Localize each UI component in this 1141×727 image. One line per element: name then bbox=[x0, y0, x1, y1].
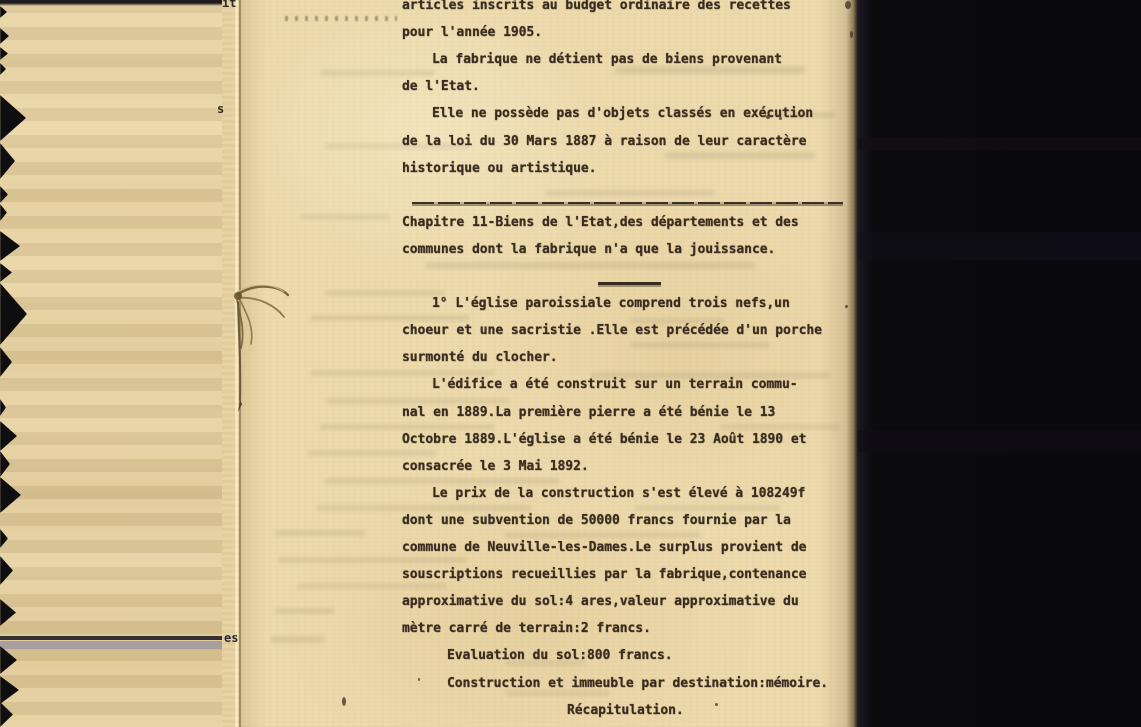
document-line: articles inscrits au budget ordinaire de… bbox=[402, 0, 791, 14]
document-line: choeur et une sacristie .Elle est précéd… bbox=[402, 323, 822, 339]
document-line: surmonté du clocher. bbox=[402, 350, 558, 366]
ink-speck bbox=[779, 117, 782, 120]
document-line: pour l'année 1905. bbox=[402, 25, 542, 41]
document-line: 1° L'église paroissiale comprend trois n… bbox=[432, 296, 790, 312]
document-line: Octobre 1889.L'église a été bénie le 23 … bbox=[402, 432, 806, 448]
separator-rule-long bbox=[412, 202, 843, 204]
document-line: de la loi du 30 Mars 1887 à raison de le… bbox=[402, 134, 806, 150]
typed-text-layer: articles inscrits au budget ordinaire de… bbox=[0, 0, 1141, 727]
ink-speck bbox=[418, 678, 420, 681]
ink-speck bbox=[715, 703, 718, 706]
document-line: communes dont la fabrique n'a que la jou… bbox=[402, 242, 775, 258]
ink-speck bbox=[604, 411, 607, 414]
document-line: Evaluation du sol:800 francs. bbox=[447, 648, 673, 664]
document-line: commune de Neuville-les-Dames.Le surplus… bbox=[402, 540, 806, 556]
document-line: Construction et immeuble par destination… bbox=[447, 676, 828, 692]
document-line: historique ou artistique. bbox=[402, 161, 596, 177]
separator-rule-short bbox=[598, 282, 661, 285]
document-line: Chapitre 11-Biens de l'Etat,des départem… bbox=[402, 215, 799, 231]
document-line: de l'Etat. bbox=[402, 79, 480, 95]
document-line: La fabrique ne détient pas de biens prov… bbox=[432, 52, 782, 68]
ink-speck bbox=[845, 305, 848, 308]
document-line: nal en 1889.La première pierre a été bén… bbox=[402, 405, 775, 421]
document-line: approximative du sol:4 ares,valeur appro… bbox=[402, 594, 799, 610]
document-line: souscriptions recueillies par la fabriqu… bbox=[402, 567, 806, 583]
document-line: consacrée le 3 Mai 1892. bbox=[402, 459, 589, 475]
scanned-document: it s es articles inscrits au budget ordi… bbox=[0, 0, 1141, 727]
document-line: mètre carré de terrain:2 francs. bbox=[402, 621, 651, 637]
ink-speck bbox=[845, 1, 851, 9]
ink-speck bbox=[766, 115, 770, 119]
document-line: dont une subvention de 50000 francs four… bbox=[402, 513, 791, 529]
document-line: Le prix de la construction s'est élevé à… bbox=[432, 486, 805, 502]
ink-speck bbox=[850, 31, 853, 38]
ink-speck bbox=[342, 697, 346, 706]
document-line: Elle ne possède pas d'objets classés en … bbox=[432, 106, 813, 122]
document-line: Récapitulation. bbox=[567, 703, 684, 719]
document-line: L'édifice a été construit sur un terrain… bbox=[432, 377, 798, 393]
